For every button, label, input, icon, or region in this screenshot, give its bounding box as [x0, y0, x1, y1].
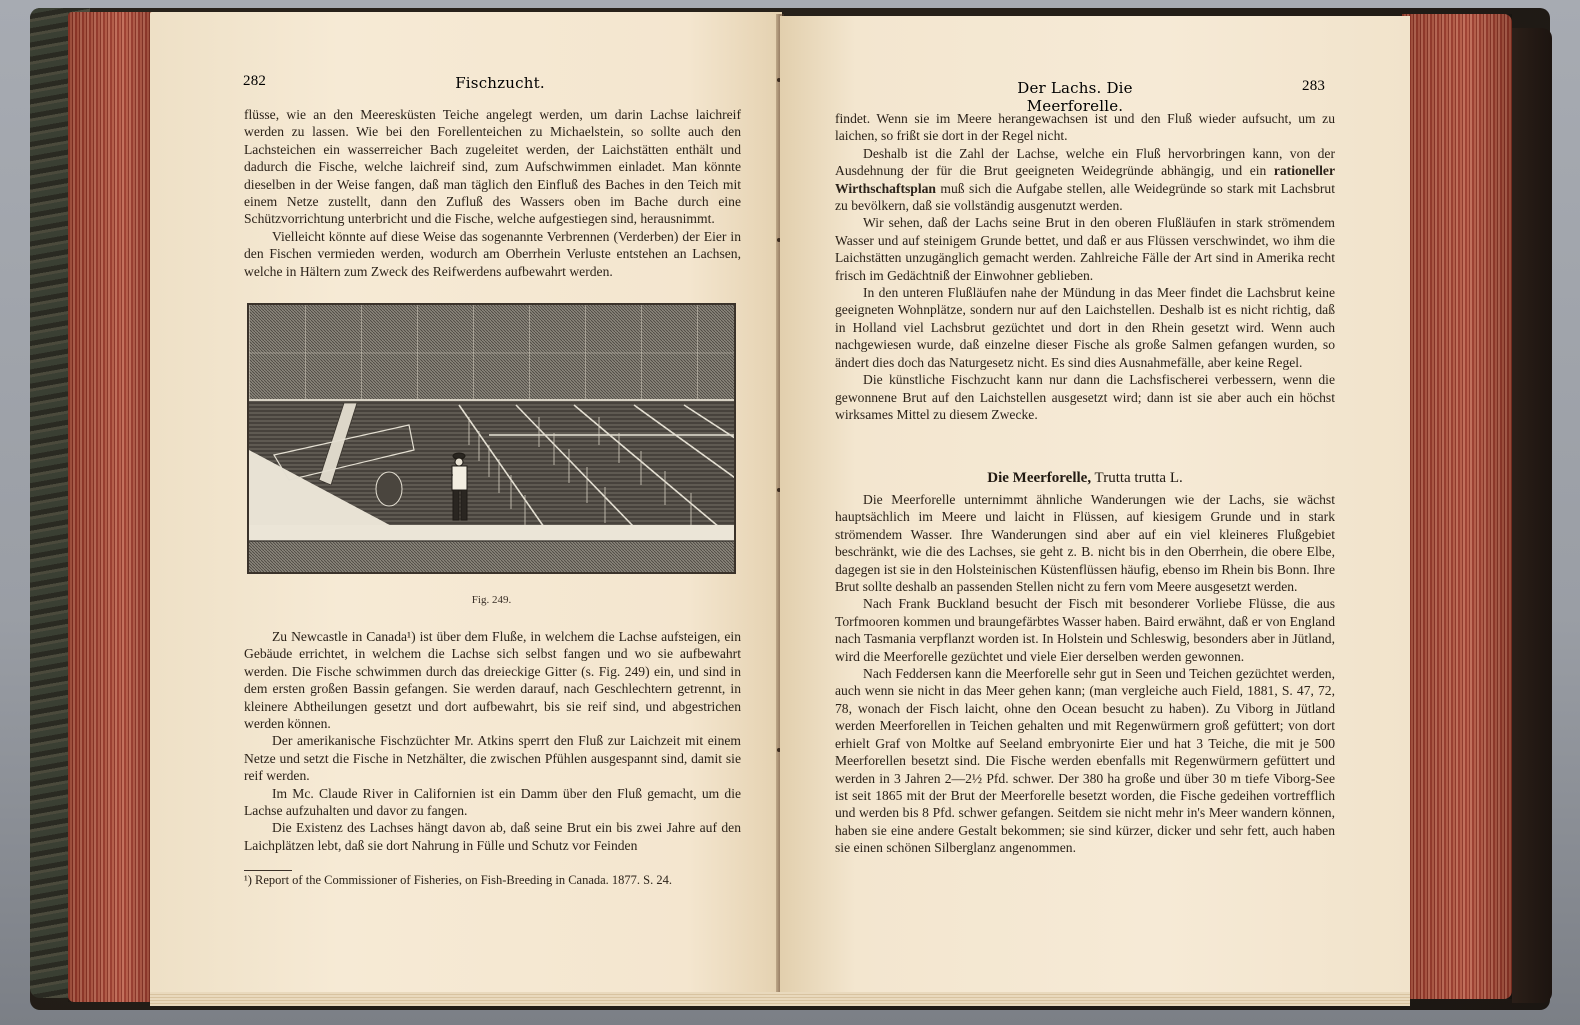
paragraph: Die Existenz des Lachses hängt davon ab,… [244, 819, 741, 854]
paragraph: Zu Newcastle in Canada¹) ist über dem Fl… [244, 628, 741, 732]
section-heading-latin: Trutta trutta L. [1091, 470, 1183, 486]
page-stack-bottom [150, 992, 1410, 1006]
left-page-body-bottom: Zu Newcastle in Canada¹) ist über dem Fl… [244, 628, 741, 854]
figure-caption: Fig. 249. [247, 594, 736, 606]
paragraph: Vielleicht könnte auf diese Weise das so… [244, 228, 741, 280]
paragraph: Wir sehen, daß der Lachs seine Brut in d… [835, 214, 1335, 284]
left-running-head: Fischzucht. [440, 74, 560, 92]
paragraph: Der amerikanische Fischzüchter Mr. Atkin… [244, 732, 741, 784]
section-heading-meerforelle: Die Meerforelle, Trutta trutta L. [835, 470, 1335, 487]
paragraph: Nach Frank Buckland besucht der Fisch mi… [835, 595, 1335, 665]
paragraph: Die Meerforelle unternimmt ähnliche Wand… [835, 491, 1335, 595]
right-page-body-bottom: Die Meerforelle unternimmt ähnliche Wand… [835, 491, 1335, 857]
page-edges-right [1402, 14, 1512, 999]
footnote-rule [244, 870, 292, 871]
right-page-number: 283 [1302, 78, 1325, 95]
right-page-body-top: findet. Wenn sie im Meere herangewachsen… [835, 110, 1335, 423]
paragraph: findet. Wenn sie im Meere herangewachsen… [835, 110, 1335, 145]
page-edges-left [68, 12, 160, 1002]
bold-term: rationeller Wirthschaftsplan [835, 163, 1335, 195]
paragraph: flüsse, wie an den Meeresküsten Teiche a… [244, 106, 741, 228]
left-page-number: 282 [243, 73, 266, 90]
footnote: ¹) Report of the Commissioner of Fisheri… [244, 872, 741, 889]
paragraph: Deshalb ist die Zahl der Lachse, welche … [835, 145, 1335, 215]
paragraph: In den unteren Flußläufen nahe der Mündu… [835, 284, 1335, 371]
salmon-trap-engraving [249, 305, 736, 574]
figure-249-illustration [247, 303, 736, 574]
left-page-body-top: flüsse, wie an den Meeresküsten Teiche a… [244, 106, 741, 280]
book-cover-right [1512, 28, 1552, 1003]
paragraph: Die künstliche Fischzucht kann nur dann … [835, 371, 1335, 423]
paragraph: Nach Feddersen kann die Meerforelle sehr… [835, 665, 1335, 856]
paragraph: Im Mc. Claude River in Californien ist e… [244, 785, 741, 820]
section-heading-name: Die Meerforelle, [987, 470, 1091, 486]
